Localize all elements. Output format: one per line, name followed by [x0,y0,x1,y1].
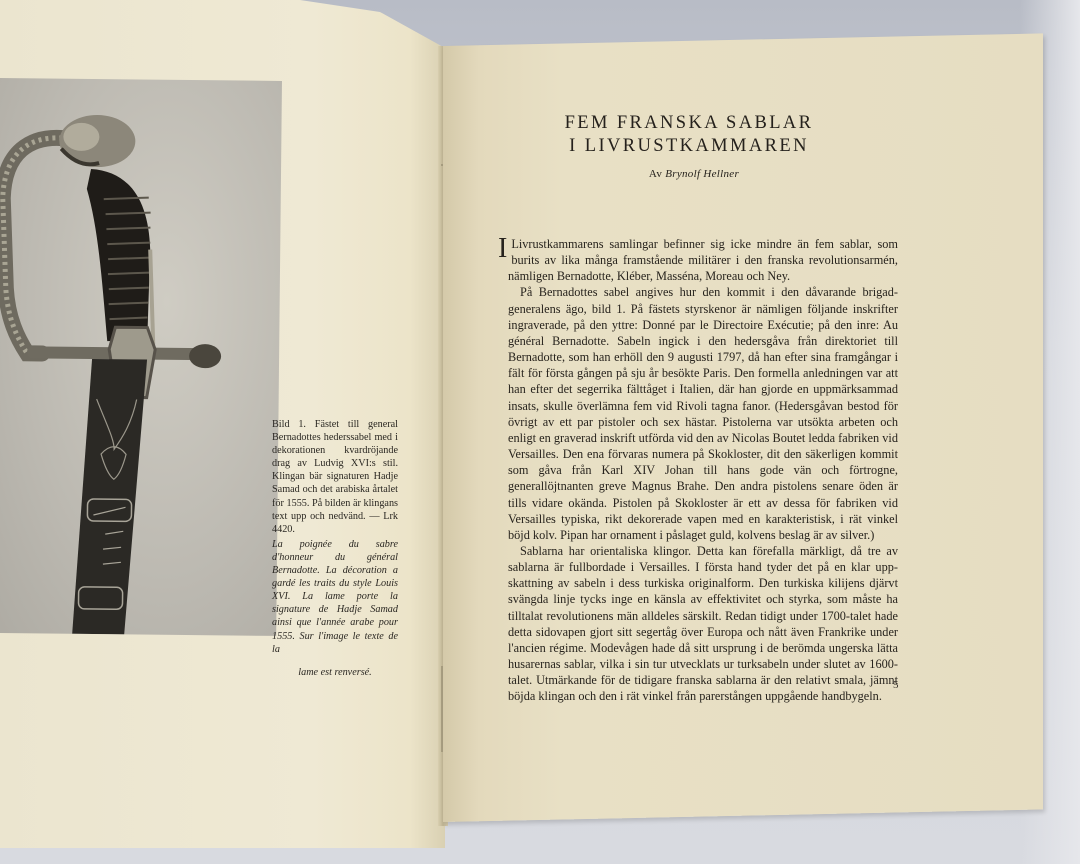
byline-prefix: Av [649,168,662,180]
article-body: I Livrustkammarens samlingar befinner si… [508,236,898,705]
paragraph-text: Livrustkammarens samlingar befinner sig … [508,237,898,283]
article-title: Fem franska sablar i Livrustkammaren [483,112,895,158]
article-byline: Av Brynolf Hellner [493,168,895,180]
article-header: Fem franska sablar i Livrustkammaren Av … [505,112,895,180]
caption-french-last-line: lame est renversé. [272,666,398,679]
caption-french: La poignée du sabre d'honneur du général… [272,538,398,656]
title-line-2: i Livrustkammaren [569,136,809,156]
sabre-photograph [0,78,282,636]
drop-cap: I [498,238,507,260]
paragraph-2: På Bernadottes sabel angives hur den kom… [508,284,898,543]
page-number: 5 [893,679,899,691]
author-name: Brynolf Hellner [665,168,739,180]
caption-swedish: Bild 1. Fästet till general Bernadottes … [272,418,398,536]
title-line-1: Fem franska sablar [565,113,814,133]
paragraph-1: I Livrustkammarens samlingar befinner si… [508,236,898,284]
paragraph-3: Sablarna har orientaliska klingor. Detta… [508,543,898,705]
figure-caption: Bild 1. Fästet till general Bernadottes … [272,418,398,689]
sabre-hilt-image [0,78,282,636]
